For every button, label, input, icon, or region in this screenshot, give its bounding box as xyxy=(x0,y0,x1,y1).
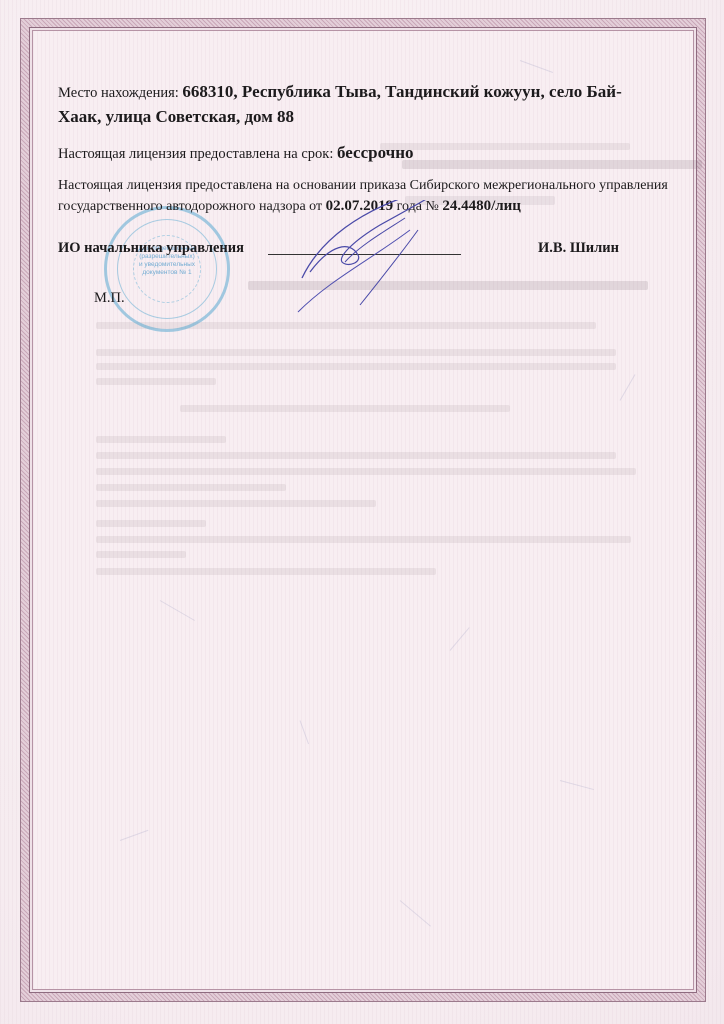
signature-line xyxy=(268,254,461,255)
location-label: Место нахождения: xyxy=(58,85,179,101)
order-date: 02.07.2019 xyxy=(326,198,394,214)
seal-place-label: М.П. xyxy=(94,288,125,309)
order-number: 24.4480/лиц xyxy=(442,198,521,214)
signer-position: ИО начальника управления xyxy=(58,238,244,259)
license-term-field: Настоящая лицензия предоставлена на срок… xyxy=(58,142,414,165)
document-border-inner xyxy=(29,27,697,993)
document-content-area xyxy=(32,30,694,990)
license-term-label: Настоящая лицензия предоставлена на срок… xyxy=(58,146,333,162)
basis-text-mid: года № xyxy=(397,199,439,214)
location-value-line2: Хаак, улица Советская, дом 88 xyxy=(58,107,294,126)
location-field: Место нахождения: 668310, Республика Тыв… xyxy=(58,80,678,130)
signer-name: И.В. Шилин xyxy=(538,238,619,259)
official-seal-stamp: Для лицензионных (разрешительных) и увед… xyxy=(104,206,230,332)
basis-text-line1: Настоящая лицензия предоставлена на осно… xyxy=(58,178,668,193)
basis-text-prefix: государственного автодорожного надзора о… xyxy=(58,199,322,214)
location-value-line1: 668310, Республика Тыва, Тандинский кожу… xyxy=(182,82,621,101)
license-basis-field: Настоящая лицензия предоставлена на осно… xyxy=(58,176,708,217)
license-term-value: бессрочно xyxy=(337,143,414,162)
